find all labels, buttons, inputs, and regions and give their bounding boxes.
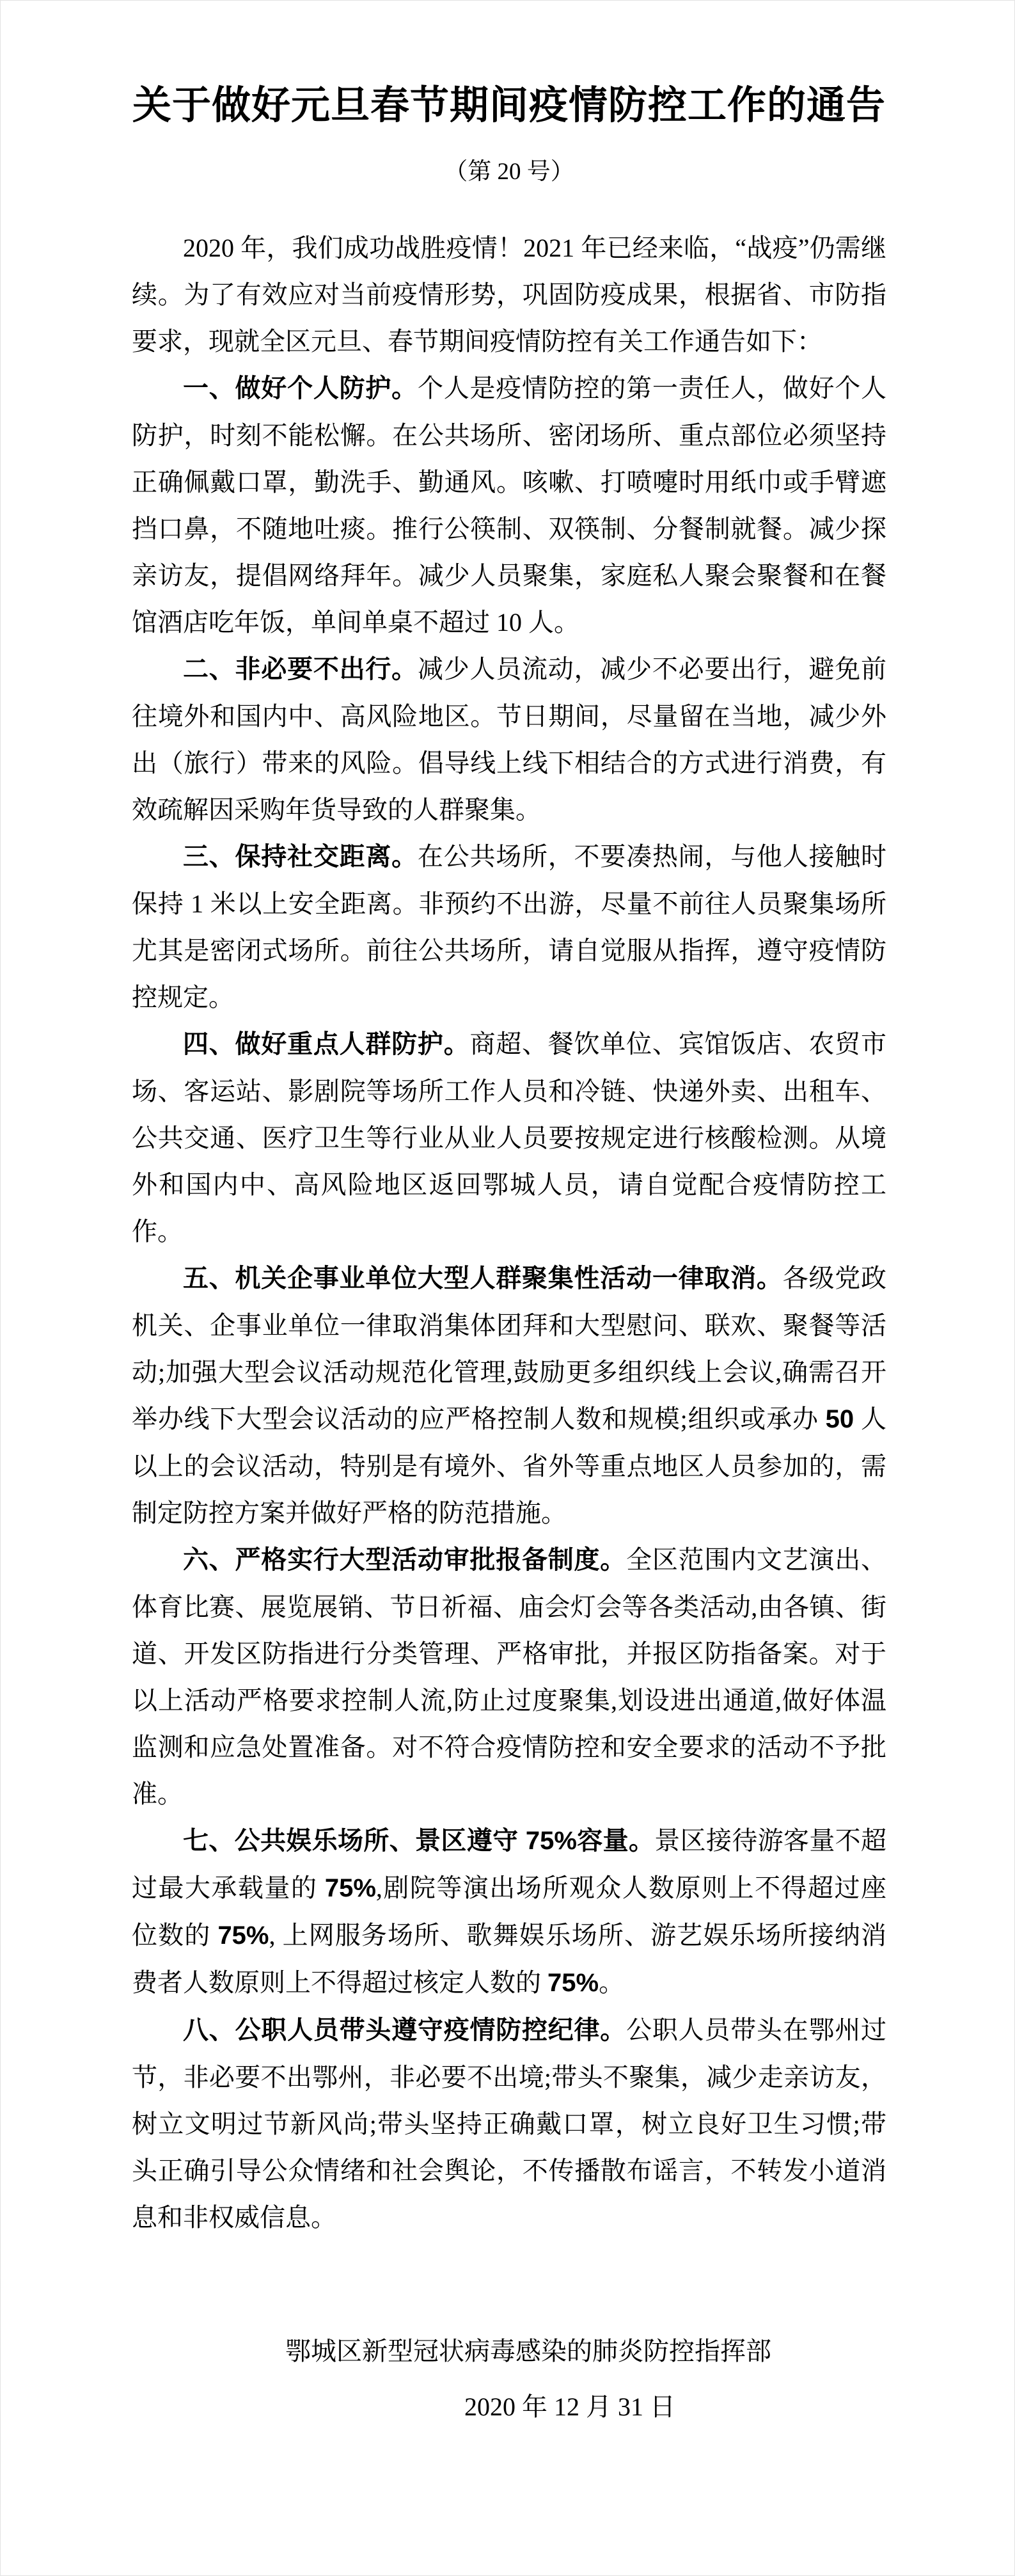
bold-run: 四、做好重点人群防护。 <box>183 1030 469 1058</box>
bold-run: 75% <box>325 1874 376 1902</box>
bold-run: 75% <box>547 1969 599 1997</box>
page-title: 关于做好元旦春节期间疫情防控工作的通告 <box>132 79 886 131</box>
bold-run: 75% <box>217 1921 269 1950</box>
bold-run: 五、机关企事业单位大型人群聚集性活动一律取消。 <box>183 1264 783 1292</box>
signature-block: 鄂城区新型冠状病毒感染的肺炎防控指挥部 2020 年 12 月 31 日 <box>132 2328 886 2430</box>
paragraph: 五、机关企事业单位大型人群聚集性活动一律取消。各级党政机关、企事业单位一律取消集… <box>132 1255 886 1536</box>
doc-number: （第 20 号） <box>132 154 886 190</box>
bold-run: 三、保持社交距离。 <box>183 843 418 871</box>
text-run: 全区范围内文艺演出、体育比赛、展览展销、节日祈福、庙会灯会等各类活动,由各镇、街… <box>132 1545 886 1808</box>
paragraph: 二、非必要不出行。减少人员流动，减少不必要出行，避免前往境外和国内中、高风险地区… <box>132 646 886 833</box>
text-run: 2020 年，我们成功战胜疫情！2021 年已经来临，“战疫”仍需继续。为了有效… <box>132 234 886 356</box>
issue-date: 2020 年 12 月 31 日 <box>193 2383 947 2430</box>
bold-run: 一、做好个人防护。 <box>183 374 418 402</box>
paragraph: 三、保持社交距离。在公共场所，不要凑热闹，与他人接触时保持 1 米以上安全距离。… <box>132 833 886 1021</box>
paragraph: 八、公职人员带头遵守疫情防控纪律。公职人员带头在鄂州过节，非必要不出鄂州，非必要… <box>132 2007 886 2241</box>
text-run: 。 <box>599 1968 624 1997</box>
paragraph: 六、严格实行大型活动审批报备制度。全区范围内文艺演出、体育比赛、展览展销、节日祈… <box>132 1536 886 1817</box>
text-run: 商超、餐饮单位、宾馆饭店、农贸市场、客运站、影剧院等场所工作人员和冷链、快递外卖… <box>132 1030 886 1246</box>
text-run: 个人是疫情防控的第一责任人，做好个人防护，时刻不能松懈。在公共场所、密闭场所、重… <box>132 374 886 637</box>
bold-run: 六、严格实行大型活动审批报备制度。 <box>183 1546 626 1574</box>
paragraph: 七、公共娱乐场所、景区遵守 75%容量。景区接待游客量不超过最大承载量的 75%… <box>132 1817 886 2007</box>
document-body: 2020 年，我们成功战胜疫情！2021 年已经来临，“战疫”仍需继续。为了有效… <box>132 225 886 2241</box>
paragraph: 2020 年，我们成功战胜疫情！2021 年已经来临，“战疫”仍需继续。为了有效… <box>132 225 886 365</box>
bold-run: 50 <box>826 1405 854 1433</box>
bold-run: 七、公共娱乐场所、景区遵守 75%容量。 <box>183 1827 654 1855</box>
bold-run: 八、公职人员带头遵守疫情防控纪律。 <box>183 2016 626 2044</box>
paragraph: 四、做好重点人群防护。商超、餐饮单位、宾馆饭店、农贸市场、客运站、影剧院等场所工… <box>132 1021 886 1255</box>
bold-run: 二、非必要不出行。 <box>183 655 418 683</box>
text-run: 公职人员带头在鄂州过节，非必要不出鄂州，非必要不出境;带头不聚集，减少走亲访友，… <box>132 2015 886 2232</box>
notice-document: 关于做好元旦春节期间疫情防控工作的通告 （第 20 号） 2020 年，我们成功… <box>0 0 1015 2576</box>
paragraph: 一、做好个人防护。个人是疫情防控的第一责任人，做好个人防护，时刻不能松懈。在公共… <box>132 365 886 646</box>
issuing-authority: 鄂城区新型冠状病毒感染的肺炎防控指挥部 <box>151 2328 906 2374</box>
